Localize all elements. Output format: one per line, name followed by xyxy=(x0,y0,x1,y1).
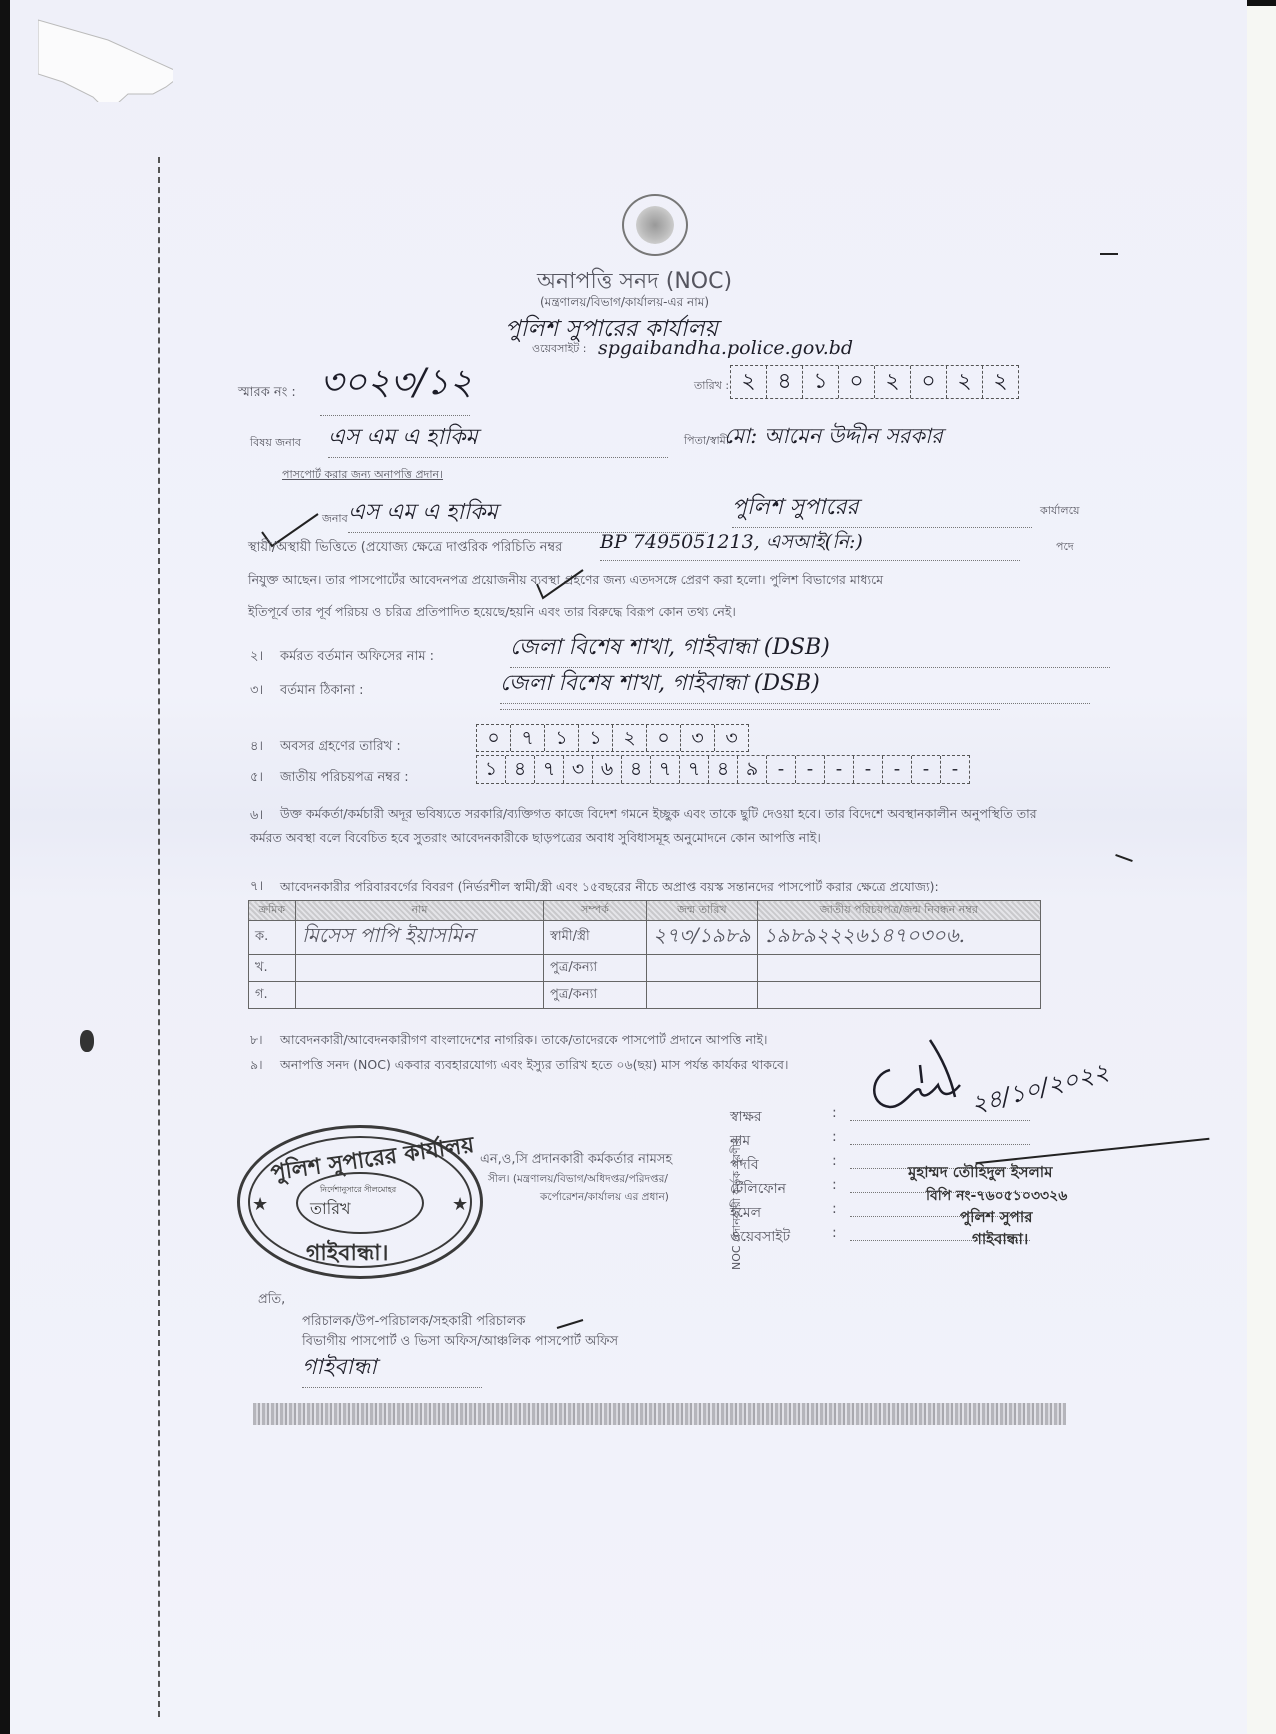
clause-9-text: অনাপত্তি সনদ (NOC) একবার ব্যবহারযোগ্য এব… xyxy=(280,1057,788,1077)
subject-label: বিষয় জনাব xyxy=(250,434,301,453)
digit-box: ৪ xyxy=(709,756,738,783)
row-serial: গ. xyxy=(249,982,296,1009)
digit-box: ৩ xyxy=(681,725,715,751)
body-line-4: ইতিপূর্বে তার পূর্ব পরিচয় ও চরিত্র প্রত… xyxy=(248,604,736,624)
signatory-field-separator: : xyxy=(832,1177,837,1193)
subject-line: পাসপোর্ট করার জন্য অনাপত্তি প্রদান। xyxy=(282,466,443,485)
col-serial: ক্রমিক xyxy=(249,901,296,921)
signatory-field-line xyxy=(850,1143,1030,1145)
signatory-field-label: পদবি xyxy=(730,1153,759,1177)
digit-box: ৭ xyxy=(535,756,564,783)
clause-6-text: উক্ত কর্মকর্তা/কর্মচারী অদূর ভবিষ্যতে সর… xyxy=(250,802,1060,850)
digit-box: ২ xyxy=(731,366,767,398)
clause-7-text: আবেদনকারীর পরিবারবর্গের বিবরণ (নির্ভরশীল… xyxy=(280,873,939,900)
item-office-number: ২। xyxy=(250,647,263,668)
digit-box: ৬ xyxy=(593,756,622,783)
government-seal-icon xyxy=(622,194,688,256)
row-id xyxy=(757,955,1040,982)
signatory-field-separator: : xyxy=(832,1129,837,1145)
star-icon: ★ xyxy=(452,1194,468,1215)
checkmark-icon xyxy=(555,1318,585,1330)
digit-box: - xyxy=(854,756,883,783)
col-relation: সম্পর্ক xyxy=(544,901,647,921)
table-row: গ.পুত্র/কন্যা xyxy=(249,982,1041,1009)
row-name xyxy=(296,982,544,1009)
digit-box: ২ xyxy=(875,366,911,398)
signatory-field-label: টেলিফোন xyxy=(730,1177,786,1201)
body-line-2-suffix: পদে xyxy=(1056,538,1074,557)
signatory-field-label: ইমেল xyxy=(730,1201,761,1225)
seal-note-line-3: কর্পোরেশন/কার্যালয় এর প্রধান) xyxy=(540,1190,669,1207)
father-label: পিতা/স্বামী xyxy=(684,432,729,451)
item-nid-number: ৫। xyxy=(250,768,263,789)
digit-box: ০ xyxy=(477,725,511,751)
signatory-field-label: ওয়েবসাইট xyxy=(730,1225,790,1249)
stray-mark xyxy=(1115,854,1133,862)
row-id: ১৯৮৯২২২৬১৪৭০৩০৬. xyxy=(757,921,1040,955)
digit-box: - xyxy=(796,756,825,783)
clause-8-number: ৮। xyxy=(250,1032,263,1052)
item-retirement-number: ৪। xyxy=(250,737,263,758)
digit-box: ০ xyxy=(647,725,681,751)
office-seal-stamp: পুলিশ সুপারের কার্যালয় নির্দেশানুসারে স… xyxy=(237,1125,483,1279)
digit-box: - xyxy=(912,756,941,783)
row-serial: খ. xyxy=(249,955,296,982)
digit-box: - xyxy=(825,756,854,783)
scan-border-right-top xyxy=(1247,0,1276,6)
memo-number: ৩০২৩/১২ xyxy=(320,355,470,416)
digit-box: ১ xyxy=(545,725,579,751)
signatory-field-separator: : xyxy=(832,1201,837,1217)
digit-box: ১ xyxy=(579,725,613,751)
digit-box: - xyxy=(767,756,796,783)
signatory-field-separator: : xyxy=(832,1225,837,1241)
digit-box: ১ xyxy=(803,366,839,398)
item-address-label: বর্তমান ঠিকানা : xyxy=(280,681,363,702)
body-line-2: স্থায়ী/অস্থায়ী ভিত্তিতে (প্রযোজ্য ক্ষে… xyxy=(248,538,562,559)
clause-8-text: আবেদনকারী/আবেদনকারীগণ বাংলাদেশের নাগরিক।… xyxy=(280,1032,768,1052)
date-label: তারিখ : xyxy=(694,377,729,396)
website-handwritten: spgaibandha.police.gov.bd xyxy=(598,337,853,359)
row-relation: পুত্র/কন্যা xyxy=(544,982,647,1009)
official-id-handwritten: BP 7495051213, এসআই(নি:) xyxy=(600,528,1020,561)
to-label: জনাব xyxy=(322,510,348,529)
digit-box: - xyxy=(883,756,912,783)
digit-box: ১ xyxy=(477,756,506,783)
digit-box: ৯ xyxy=(738,756,767,783)
row-serial: ক. xyxy=(249,921,296,955)
row-name xyxy=(296,955,544,982)
signatory-field-label: নাম xyxy=(730,1129,750,1153)
row-dob: ২৭৩/১৯৮৯ xyxy=(647,921,758,955)
noc-document-page: অনাপত্তি সনদ (NOC) (মন্ত্রণালয়/বিভাগ/কা… xyxy=(10,0,1247,1734)
ink-blot xyxy=(80,1030,94,1052)
digit-box: ০ xyxy=(911,366,947,398)
website-label: ওয়েবসাইট : xyxy=(532,340,587,359)
star-icon: ★ xyxy=(252,1194,268,1215)
address-extra-line xyxy=(500,708,1000,710)
digit-box: ৪ xyxy=(622,756,651,783)
digit-box: ৩ xyxy=(564,756,593,783)
item-office-value: জেলা বিশেষ শাখা, গাইবান্ধা (DSB) xyxy=(510,630,1110,668)
official-name-stamp: মুহাম্মদ তৌহিদুল ইসলাম xyxy=(908,1161,1052,1186)
checkmark-icon xyxy=(535,568,585,600)
office-handwritten: পুলিশ সুপারের xyxy=(732,490,1032,528)
signatory-field-separator: : xyxy=(832,1105,837,1121)
clause-9-number: ৯। xyxy=(250,1057,263,1077)
item-address-value: জেলা বিশেষ শাখা, গাইবান্ধা (DSB) xyxy=(500,666,1090,704)
item-office-label: কর্মরত বর্তমান অফিসের নাম : xyxy=(280,647,434,668)
digit-box: ৪ xyxy=(767,366,803,398)
col-dob: জন্ম তারিখ xyxy=(647,901,758,921)
table-row: ক.মিসেস পাপি ইয়াসমিনস্বামী/স্ত্রী২৭৩/১৯… xyxy=(249,921,1041,955)
scan-border-left xyxy=(0,0,10,1734)
signatory-field-label: স্বাক্ষর xyxy=(730,1105,762,1129)
col-id: জাতীয় পরিচয়পত্র/জন্ম নিবন্ধন নম্বর xyxy=(757,901,1040,921)
official-bp-stamp: বিপি নং-৭৬০৫১০৩৩২৬ xyxy=(926,1184,1067,1208)
torn-paper-corner xyxy=(38,12,173,102)
signatory-field-separator: : xyxy=(832,1153,837,1169)
digit-box: ৭ xyxy=(680,756,709,783)
digit-box: - xyxy=(941,756,969,783)
row-dob xyxy=(647,982,758,1009)
recipient-line-1: পরিচালক/উপ-পরিচালক/সহকারী পরিচালক xyxy=(302,1312,525,1333)
digit-box: ৭ xyxy=(511,725,545,751)
row-dob xyxy=(647,955,758,982)
digit-box: ২ xyxy=(613,725,647,751)
family-details-table: ক্রমিক নাম সম্পর্ক জন্ম তারিখ জাতীয় পরি… xyxy=(248,900,1041,1009)
recipient-to: প্রতি, xyxy=(258,1290,285,1311)
item-retirement-label: অবসর গ্রহণের তারিখ : xyxy=(280,737,401,758)
stamp-date-label: তারিখ xyxy=(310,1196,351,1223)
digit-box: ০ xyxy=(839,366,875,398)
retirement-date-boxes: ০৭১১২০৩৩ xyxy=(476,724,749,752)
digit-box: ২ xyxy=(947,366,983,398)
stamp-bottom-text: গাইবান্ধা। xyxy=(306,1236,389,1273)
recipient-city-handwritten: গাইবান্ধা xyxy=(302,1350,482,1388)
digit-box: ৩ xyxy=(715,725,748,751)
digit-box: ৭ xyxy=(651,756,680,783)
margin-line xyxy=(158,157,160,1717)
footer-barcode-band xyxy=(253,1403,1066,1425)
clause-7-number: ৭। xyxy=(250,873,263,900)
father-name-handwritten: মো: আমেন উদ্দীন সরকার xyxy=(724,420,943,455)
nid-number-boxes: ১৪৭৩৬৪৭৭৪৯------- xyxy=(476,755,970,784)
subject-name-handwritten: এস এম এ হাকিম xyxy=(328,420,668,458)
digit-box: ২ xyxy=(983,366,1018,398)
col-name: নাম xyxy=(296,901,544,921)
row-id xyxy=(757,982,1040,1009)
table-row: খ.পুত্র/কন্যা xyxy=(249,955,1041,982)
row-relation: স্বামী/স্ত্রী xyxy=(544,921,647,955)
official-district-stamp: গাইবান্ধা। xyxy=(972,1228,1028,1253)
item-nid-label: জাতীয় পরিচয়পত্র নম্বর : xyxy=(280,768,409,789)
memo-label: স্মারক নং : xyxy=(238,383,296,404)
digit-box: ৪ xyxy=(506,756,535,783)
row-name: মিসেস পাপি ইয়াসমিন xyxy=(296,921,544,955)
item-address-number: ৩। xyxy=(250,681,263,702)
row-relation: পুত্র/কন্যা xyxy=(544,955,647,982)
seal-note-line-2: সীল। (মন্ত্রণালয়/বিভাগ/অধিদপ্তর/পরিদপ্ত… xyxy=(488,1172,668,1189)
scan-border-right xyxy=(1247,0,1276,1734)
office-suffix: কার্যালয়ে xyxy=(1040,502,1080,521)
stray-mark xyxy=(1100,253,1118,255)
issue-date-boxes: ২৪১০২০২২ xyxy=(730,365,1019,399)
seal-note-line-1: এন,ও,সি প্রদানকারী কর্মকর্তার নামসহ xyxy=(480,1150,672,1171)
table-header-row: ক্রমিক নাম সম্পর্ক জন্ম তারিখ জাতীয় পরি… xyxy=(249,901,1041,921)
